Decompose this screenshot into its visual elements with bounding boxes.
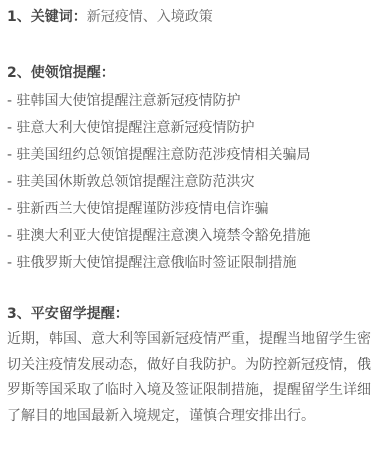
section1-row: 1、关键词：新冠疫情、入境政策 (7, 8, 213, 26)
consulate-item: - 驻美国休斯敦总领馆提醒注意防范洪灾 (7, 173, 255, 191)
consulate-item: - 驻新西兰大使馆提醒谨防涉疫情电信诈骗 (7, 200, 269, 218)
consulate-item: - 驻意大利大使馆提醒注意新冠疫情防护 (7, 119, 255, 137)
consulate-item: - 驻俄罗斯大使馆提醒注意俄临时签证限制措施 (7, 254, 297, 272)
section1-keywords: 新冠疫情、入境政策 (87, 9, 213, 25)
article-content: 1、关键词：新冠疫情、入境政策 2、使领馆提醒： - 驻韩国大使馆提醒注意新冠疫… (0, 0, 376, 463)
safety-reminder-paragraph: 近期，韩国、意大利等国新冠疫情严重，提醒当地留学生密切关注疫情发展动态，做好自我… (7, 327, 371, 429)
section1-heading: 1、关键词： (7, 9, 87, 25)
consulate-item: - 驻美国纽约总领馆提醒注意防范涉疫情相关骗局 (7, 146, 311, 164)
consulate-item: - 驻澳大利亚大使馆提醒注意澳入境禁令豁免措施 (7, 227, 311, 245)
section3-heading: 3、平安留学提醒： (7, 305, 129, 323)
consulate-item: - 驻韩国大使馆提醒注意新冠疫情防护 (7, 92, 241, 110)
section2-heading: 2、使领馆提醒： (7, 64, 115, 82)
